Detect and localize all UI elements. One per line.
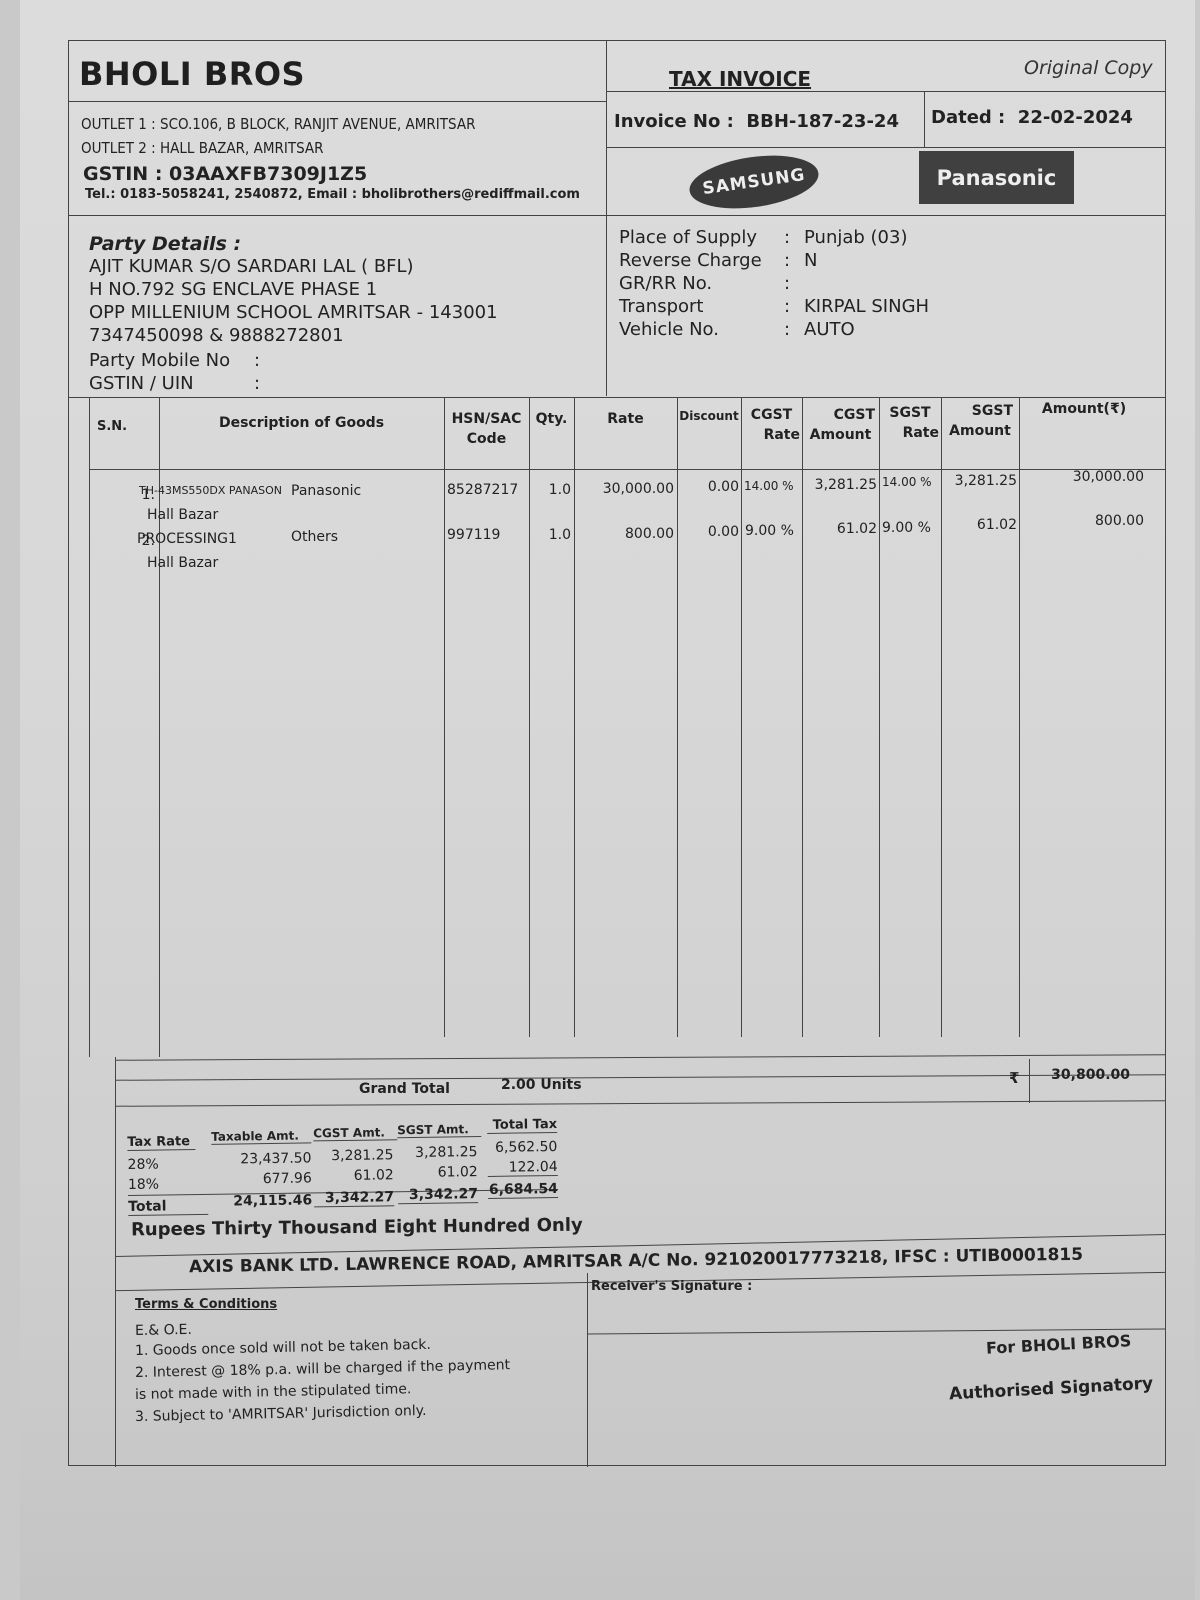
col-header-description: Description of Goods	[159, 415, 444, 431]
row-cgst-rate: 9.00 %	[745, 523, 794, 539]
invoice-number-label: Invoice No :	[614, 111, 734, 132]
col-header-cgst-rate-line1: CGST	[741, 407, 802, 423]
party-phones: 7347450098 & 9888272801	[89, 325, 344, 346]
header-divider	[606, 41, 607, 396]
supply-label: Transport	[619, 296, 703, 317]
rupee-icon: ₹	[1009, 1069, 1019, 1087]
row-item: TH-43MS550DX PANASON	[139, 484, 282, 497]
tax-col-header: CGST Amt.	[313, 1125, 397, 1141]
row-sgst-amount: 3,281.25	[941, 473, 1017, 489]
footer-left-border	[115, 1057, 116, 1467]
row-qty: 1.0	[529, 482, 571, 498]
row-cgst-rate: 14.00 %	[744, 479, 794, 493]
party-address-1: H NO.792 SG ENCLAVE PHASE 1	[89, 279, 377, 300]
invoice-date-value: 22-02-2024	[1018, 107, 1133, 128]
terms-line: 1. Goods once sold will not be taken bac…	[135, 1337, 431, 1359]
party-mobile-colon: :	[254, 350, 260, 371]
table-column-line	[1019, 397, 1020, 1037]
reverse-charge-value: N	[804, 250, 817, 271]
col-header-hsn-line2: Code	[444, 431, 529, 447]
row-location: Hall Bazar	[147, 555, 218, 571]
tax-col-header: Taxable Amt.	[211, 1128, 311, 1144]
amount-in-words: Rupees Thirty Thousand Eight Hundred Onl…	[131, 1215, 583, 1241]
col-header-rate: Rate	[574, 411, 677, 427]
document-title: TAX INVOICE	[669, 67, 811, 91]
row-brand: Others	[291, 529, 338, 545]
row-sgst-rate: 9.00 %	[882, 520, 931, 536]
total-tax: 6,562.50	[487, 1139, 557, 1156]
supply-colon: :	[784, 296, 790, 317]
invoice-number: Invoice No : BBH-187-23-24	[614, 111, 899, 132]
tax-total-label: Total	[128, 1198, 208, 1216]
col-header-cgst-amount-line2: Amount	[802, 427, 879, 443]
col-header-hsn: HSN/SACCode	[444, 411, 529, 447]
party-address-2: OPP MILLENIUM SCHOOL AMRITSAR - 143001	[89, 302, 498, 323]
company-name: BHOLI BROS	[79, 55, 305, 93]
cgst-amount: 3,281.25	[313, 1147, 393, 1164]
header-line	[69, 101, 606, 102]
supply-colon: :	[784, 273, 790, 294]
row-rate: 800.00	[574, 526, 674, 542]
row-hsn: 85287217	[447, 482, 518, 498]
tax-col-header: Total Tax	[487, 1117, 557, 1134]
grand-total-top-line	[115, 1054, 1166, 1061]
row-amount: 800.00	[1019, 513, 1144, 529]
company-contact: Tel.: 0183-5058241, 2540872, Email : bho…	[85, 187, 580, 202]
row-location: Hall Bazar	[147, 507, 218, 523]
col-header-sgst-rate: SGSTRate	[879, 405, 941, 441]
col-header-discount: Discount	[677, 409, 741, 423]
row-hsn: 997119	[447, 527, 500, 543]
col-header-sgst-rate-line2: Rate	[879, 425, 941, 441]
row-qty: 1.0	[529, 527, 571, 543]
row-item: PROCESSING1	[137, 531, 237, 547]
party-gstin-label: GSTIN / UIN	[89, 373, 194, 394]
terms-line: 2. Interest @ 18% p.a. will be charged i…	[135, 1357, 510, 1381]
party-name: AJIT KUMAR S/O SARDARI LAL ( BFL)	[89, 256, 414, 277]
tax-col-header: SGST Amt.	[397, 1122, 481, 1138]
invoice-date-label: Dated :	[931, 107, 1005, 128]
copy-label: Original Copy	[1024, 57, 1153, 79]
row-sgst-rate: 14.00 %	[882, 475, 932, 489]
bank-details: AXIS BANK LTD. LAWRENCE ROAD, AMRITSAR A…	[189, 1245, 1083, 1277]
supply-colon: :	[784, 227, 790, 248]
col-header-sn: S.N.	[97, 419, 127, 434]
receiver-signature-label: Receiver's Signature :	[591, 1279, 752, 1294]
terms-line: E.& O.E.	[135, 1322, 192, 1339]
sgst-total: 3,342.27	[398, 1186, 478, 1204]
col-header-sgst-amount-line1: SGST	[941, 403, 1019, 419]
taxable-total: 24,115.46	[212, 1192, 312, 1209]
header-line	[606, 147, 1166, 148]
terms-line: 3. Subject to 'AMRITSAR' Jurisdiction on…	[135, 1403, 427, 1425]
terms-heading: Terms & Conditions	[135, 1297, 277, 1312]
table-column-line	[879, 397, 880, 1037]
col-header-hsn-line1: HSN/SAC	[444, 411, 529, 427]
party-details-heading: Party Details :	[89, 233, 241, 255]
table-column-line	[802, 397, 803, 1037]
col-header-cgst-amount: CGSTAmount	[802, 407, 879, 443]
sgst-amount: 3,281.25	[397, 1144, 477, 1161]
party-mobile-label: Party Mobile No	[89, 350, 230, 371]
panasonic-logo: Panasonic	[919, 151, 1074, 204]
invoice-date: Dated : 22-02-2024	[931, 107, 1133, 128]
vehicle-no-value: AUTO	[804, 319, 855, 340]
col-header-cgst-rate: CGSTRate	[741, 407, 802, 443]
tax-rate: 18%	[128, 1177, 159, 1193]
place-of-supply-value: Punjab (03)	[804, 227, 907, 248]
header-line	[606, 91, 1166, 92]
terms-line: is not made with in the stipulated time.	[135, 1381, 412, 1403]
footer-divider	[587, 1273, 588, 1467]
supply-colon: :	[784, 319, 790, 340]
col-header-qty: Qty.	[529, 411, 574, 427]
company-gstin: GSTIN : 03AAXFB7309J1Z5	[83, 163, 367, 185]
col-header-cgst-amount-line1: CGST	[802, 407, 879, 423]
cgst-amount: 61.02	[314, 1167, 394, 1184]
supply-label: GR/RR No.	[619, 273, 712, 294]
tax-col-header: Tax Rate	[127, 1134, 195, 1151]
cgst-total: 3,342.27	[314, 1189, 394, 1207]
row-brand: Panasonic	[291, 483, 361, 499]
table-column-line	[89, 397, 90, 1057]
outlet-1-address: OUTLET 1 : SCO.106, B BLOCK, RANJIT AVEN…	[81, 115, 475, 133]
taxable-amount: 677.96	[212, 1170, 312, 1187]
grand-total-bottom-line	[115, 1100, 1166, 1107]
samsung-logo: SAMSUNG	[686, 148, 822, 216]
invoice-number-value: BBH-187-23-24	[746, 111, 899, 132]
party-bottom-line	[69, 397, 1166, 398]
taxable-amount: 23,437.50	[211, 1150, 311, 1167]
authorised-signatory-label: Authorised Signatory	[949, 1374, 1154, 1405]
supply-label: Vehicle No.	[619, 319, 719, 340]
header-line	[69, 215, 1166, 216]
row-discount: 0.00	[677, 479, 739, 495]
row-discount: 0.00	[677, 524, 739, 540]
outlet-2-address: OUTLET 2 : HALL BAZAR, AMRITSAR	[81, 139, 324, 157]
col-header-amount: Amount(₹)	[1019, 401, 1149, 417]
grand-total-amount: 30,800.00	[1034, 1067, 1130, 1083]
grand-total-label: Grand Total	[359, 1081, 450, 1097]
grand-total-divider	[1029, 1059, 1030, 1103]
tax-invoice: BHOLI BROS OUTLET 1 : SCO.106, B BLOCK, …	[68, 40, 1166, 1466]
supply-colon: :	[784, 250, 790, 271]
transport-value: KIRPAL SINGH	[804, 296, 929, 317]
col-header-sgst-amount-line2: Amount	[941, 423, 1019, 439]
table-column-line	[741, 397, 742, 1037]
total-tax: 122.04	[488, 1159, 558, 1177]
table-column-line	[941, 397, 942, 1037]
sgst-amount: 61.02	[398, 1164, 478, 1181]
row-sgst-amount: 61.02	[941, 517, 1017, 533]
total-tax-total: 6,684.54	[488, 1181, 558, 1199]
row-amount: 30,000.00	[1019, 469, 1144, 485]
tax-rate: 28%	[128, 1157, 159, 1173]
paper-background: BHOLI BROS OUTLET 1 : SCO.106, B BLOCK, …	[20, 0, 1195, 1600]
col-header-sgst-rate-line1: SGST	[879, 405, 941, 421]
row-cgst-amount: 61.02	[802, 521, 877, 537]
table-column-line	[444, 397, 445, 1037]
for-company-label: For BHOLI BROS	[986, 1331, 1132, 1358]
row-rate: 30,000.00	[574, 481, 674, 497]
supply-label: Place of Supply	[619, 227, 757, 248]
header-divider	[924, 91, 925, 147]
table-header-line	[89, 469, 1166, 470]
grand-total-units: 2.00 Units	[501, 1077, 582, 1093]
col-header-sgst-amount: SGSTAmount	[941, 403, 1019, 439]
col-header-cgst-rate-line2: Rate	[741, 427, 802, 443]
supply-label: Reverse Charge	[619, 250, 762, 271]
row-cgst-amount: 3,281.25	[802, 477, 877, 493]
party-gstin-colon: :	[254, 373, 260, 394]
